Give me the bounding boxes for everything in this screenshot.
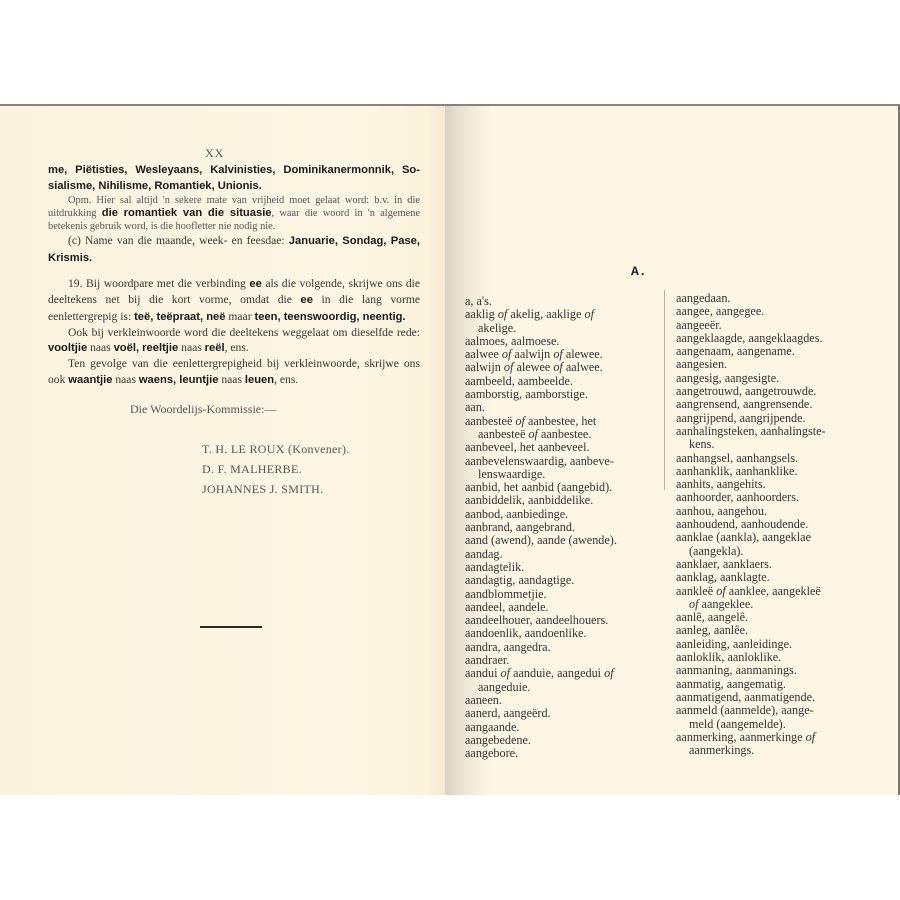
word-entry: aangrijpend, aangrijpende.	[676, 412, 862, 425]
bold-term: reël	[205, 342, 225, 354]
word-entry: aaneen.	[465, 694, 663, 707]
word-entry: aanleiding, aanleidinge.	[676, 638, 862, 651]
word-entry: aaklig of akelig, aaklige ofakelige.	[465, 308, 663, 335]
word-entry: aalmoes, aalmoese.	[465, 335, 663, 348]
committee-signers: T. H. LE ROUX (Konvener). D. F. MALHERBE…	[202, 439, 350, 499]
entry-text: aanmatig, aangematig.	[676, 677, 786, 691]
section-letter-heading: A.	[631, 264, 647, 279]
entry-text: aangesien.	[676, 357, 727, 371]
text-run: (c) Name van die maande, week- en feesda…	[68, 234, 289, 247]
word-entry: aandagtelik.	[465, 561, 663, 574]
word-entry: aanhoorder, aanhoorders.	[676, 491, 862, 504]
word-entry: aanmaning, aanmanings.	[676, 664, 862, 677]
entry-continuation: of aangeklee.	[676, 598, 862, 611]
word-entry: aanklag, aanklagte.	[676, 571, 862, 584]
entry-text: aangee, aangegee.	[676, 304, 764, 318]
paragraph: Opm. Hier sal altijd 'n sekere mate van …	[48, 195, 420, 234]
text-run: naas	[178, 341, 204, 354]
word-entry: aanbesteë of aanbestee, hetaanbesteë of …	[465, 415, 663, 442]
signer: JOHANNES J. SMITH.	[202, 479, 350, 499]
text-run: , ens.	[274, 373, 298, 386]
entry-text: aandraer.	[465, 653, 509, 667]
entry-text: aankleë of aanklee, aangekleë	[676, 584, 821, 598]
word-entry: aanmatigend, aanmatigende.	[676, 691, 862, 704]
entry-text: aanleg, aanlêe.	[676, 623, 748, 637]
word-entry: aanhangsel, aanhangsels.	[676, 452, 862, 465]
entry-continuation: meld (aangemelde).	[676, 718, 862, 731]
entry-text: aamborstig, aamborstige.	[465, 387, 588, 401]
bold-term: teë, teëpraat, neë	[134, 311, 225, 323]
entry-text: aangaande.	[465, 720, 519, 734]
word-list-column-1: a, a's.aaklig of akelig, aaklige ofakeli…	[465, 295, 663, 760]
entry-text: aanmeld (aanmelde), aange-	[676, 703, 814, 717]
bold-term: vooltjie	[48, 342, 87, 354]
bold-term: ee	[300, 294, 312, 306]
page-number: XX	[205, 146, 224, 161]
text-run: naas	[87, 341, 113, 354]
book-spread: XX me, Piëtisties, Wesleyaans, Kalvinist…	[0, 104, 900, 795]
word-entry: aandblommetjie.	[465, 588, 663, 601]
text-run: maar	[226, 310, 255, 323]
entry-text: aangedaan.	[676, 291, 730, 305]
paragraph: me, Piëtisties, Wesleyaans, Kalvinisties…	[48, 162, 420, 195]
entry-text: aambeeld, aambeelde.	[465, 374, 573, 388]
entry-text: aandagtelik.	[465, 560, 524, 574]
word-entry: aanerd, aangeërd.	[465, 707, 663, 720]
entry-text: aalwijn of alewee of aalwee.	[465, 360, 603, 374]
word-entry: aangesien.	[676, 358, 862, 371]
word-entry: aandagtig, aandagtige.	[465, 574, 663, 587]
left-page: XX me, Piëtisties, Wesleyaans, Kalvinist…	[0, 106, 445, 795]
word-entry: aandoenlik, aandoenlike.	[465, 627, 663, 640]
entry-text: aangeeër.	[676, 318, 722, 332]
word-entry: aanbeveel, het aanbeveel.	[465, 441, 663, 454]
word-entry: aanleg, aanlêe.	[676, 624, 862, 637]
entry-text: aanloklik, aanloklike.	[676, 650, 781, 664]
word-entry: aangeeër.	[676, 319, 862, 332]
word-entry: aangesig, aangesigte.	[676, 372, 862, 385]
word-entry: aangrensend, aangrensende.	[676, 398, 862, 411]
entry-continuation: aanmerkings.	[676, 744, 862, 757]
bold-term: leuen	[245, 374, 274, 386]
word-entry: aangetrouwd, aangetrouwde.	[676, 385, 862, 398]
word-entry: aandraer.	[465, 654, 663, 667]
word-entry: aangebedene.	[465, 734, 663, 747]
entry-continuation: kens.	[676, 438, 862, 451]
entry-text: aanbesteë of aanbestee, het	[465, 414, 596, 428]
paragraph: Ten gevolge van die eenlettergrepigheid …	[48, 356, 420, 388]
text-run: naas	[218, 373, 244, 386]
entry-text: aangeklaagde, aangeklaagdes.	[676, 331, 823, 345]
entry-text: aangenaam, aangename.	[676, 344, 795, 358]
entry-text: aanerd, aangeërd.	[465, 706, 551, 720]
word-entry: aanbiddelik, aanbiddelike.	[465, 494, 663, 507]
word-entry: aangebore.	[465, 747, 663, 760]
bold-term: waens, leuntjie	[139, 374, 219, 386]
bold-term: teen, teens­woordig, neentig.	[254, 311, 405, 323]
entry-text: aangrijpend, aangrijpende.	[676, 411, 806, 425]
entry-text: aaklig of akelig, aaklige of	[465, 307, 594, 321]
word-entry: aanmatig, aangematig.	[676, 678, 862, 691]
entry-text: aanhoudend, aanhoudende.	[676, 517, 808, 531]
paragraph-gap	[48, 266, 420, 276]
entry-text: aandoenlik, aandoenlike.	[465, 626, 587, 640]
entry-text: a, a's.	[465, 294, 492, 308]
left-page-body: me, Piëtisties, Wesleyaans, Kalvinisties…	[48, 162, 420, 388]
word-list-column-2: aangedaan.aangee, aangegee.aangeeër.aang…	[676, 292, 862, 757]
word-entry: aalwijn of alewee of aalwee.	[465, 361, 663, 374]
word-entry: aan.	[465, 401, 663, 414]
word-entry: aangenaam, aangename.	[676, 345, 862, 358]
word-entry: aangee, aangegee.	[676, 305, 862, 318]
entry-text: aanbeveel, het aanbeveel.	[465, 440, 590, 454]
word-entry: aanloklik, aanloklike.	[676, 651, 862, 664]
word-entry: aanbevelenswaardig, aanbeve-lenswaardige…	[465, 455, 663, 482]
entry-text: aangrensend, aangrensende.	[676, 397, 812, 411]
bold-term: voël, reeltjie	[114, 342, 179, 354]
entry-continuation: aanbesteë of aanbestee.	[465, 428, 663, 441]
word-entry: a, a's.	[465, 295, 663, 308]
entry-text: aanbrand, aangebrand.	[465, 520, 575, 534]
word-entry: aandra, aangedra.	[465, 641, 663, 654]
right-page: A. a, a's.aaklig of akelig, aaklige ofak…	[445, 106, 900, 795]
word-entry: aandeelhouer, aandeelhouers.	[465, 614, 663, 627]
word-entry: aanhits, aangehits.	[676, 478, 862, 491]
word-entry: aamborstig, aamborstige.	[465, 388, 663, 401]
word-entry: aanklaer, aanklaers.	[676, 558, 862, 571]
word-entry: aandeel, aandele.	[465, 601, 663, 614]
word-entry: aangedaan.	[676, 292, 862, 305]
entry-text: aanmerking, aanmerkinge of	[676, 730, 815, 744]
bold-term: waantjie	[68, 374, 112, 386]
word-entry: aankleë of aanklee, aangekleëof aangekle…	[676, 585, 862, 612]
entry-text: aanleiding, aanleidinge.	[676, 637, 792, 651]
entry-text: aandui of aanduie, aangedui of	[465, 666, 614, 680]
word-entry: aandag.	[465, 548, 663, 561]
entry-text: aanklag, aanklagte.	[676, 570, 770, 584]
word-entry: aanhanklik, aanhanklike.	[676, 465, 862, 478]
entry-text: aanhou, aangehou.	[676, 504, 767, 518]
word-entry: aangeklaagde, aangeklaagdes.	[676, 332, 862, 345]
word-entry: aandui of aanduie, aangedui ofaangeduie.	[465, 667, 663, 694]
entry-text: aandeelhouer, aandeelhouers.	[465, 613, 608, 627]
entry-text: aan.	[465, 400, 485, 414]
entry-text: aangetrouwd, aangetrouwde.	[676, 384, 816, 398]
signer: D. F. MALHERBE.	[202, 459, 350, 479]
entry-text: aanlê, aangelê.	[676, 610, 748, 624]
paragraph: (c) Name van die maande, week- en feesda…	[48, 233, 420, 266]
signer: T. H. LE ROUX (Konvener).	[202, 439, 350, 459]
text-run: Ook bij verkleinwoorde word die deelteke…	[68, 326, 420, 339]
bold-term: me, Piëtisties, Wesleyaans, Kalvinisties…	[48, 164, 420, 192]
entry-text: aaneen.	[465, 693, 502, 707]
entry-text: aanhanklik, aanhanklike.	[676, 464, 798, 478]
entry-text: aalmoes, aalmoese.	[465, 334, 559, 348]
word-entry: aanbid, het aanbid (aangebid).	[465, 481, 663, 494]
entry-text: aandblommetjie.	[465, 587, 547, 601]
end-rule-divider	[200, 626, 262, 628]
entry-continuation: (aangekla).	[676, 545, 862, 558]
entry-text: aalwee of aalwijn of alewee.	[465, 347, 603, 361]
word-entry: aand (awend), aande (awende).	[465, 534, 663, 547]
entry-text: aandra, aangedra.	[465, 640, 551, 654]
bold-term: die romantiek van die situasie	[102, 207, 272, 219]
entry-text: aand (awend), aande (awende).	[465, 533, 617, 547]
entry-text: aangebore.	[465, 746, 518, 760]
committee-title: Die Woordelijs-Kommissie:—	[130, 402, 276, 417]
entry-continuation: lenswaardige.	[465, 468, 663, 481]
entry-text: aanbod, aanbiedinge.	[465, 507, 568, 521]
word-entry: aambeeld, aambeelde.	[465, 375, 663, 388]
text-run: naas	[112, 373, 138, 386]
entry-text: aangesig, aangesigte.	[676, 371, 779, 385]
entry-text: aanmatigend, aanmatigende.	[676, 690, 815, 704]
entry-text: aanbiddelik, aanbiddelike.	[465, 493, 593, 507]
entry-text: aangebedene.	[465, 733, 531, 747]
entry-text: aanklae (aankla), aangeklae	[676, 530, 811, 544]
entry-text: aanhits, aangehits.	[676, 477, 766, 491]
bold-term: ee	[249, 278, 261, 290]
text-run: , ens.	[225, 341, 249, 354]
word-entry: aanhoudend, aanhoudende.	[676, 518, 862, 531]
word-entry: aanmeld (aanmelde), aange-meld (aangemel…	[676, 704, 862, 731]
entry-text: aanhangsel, aanhangsels.	[676, 451, 798, 465]
word-entry: aanhou, aangehou.	[676, 505, 862, 518]
word-entry: aalwee of aalwijn of alewee.	[465, 348, 663, 361]
text-run: 19. Bij woordpare met die verbinding	[68, 277, 249, 290]
entry-text: aanbevelenswaardig, aanbeve-	[465, 454, 614, 468]
word-entry: aanklae (aankla), aangeklae(aangekla).	[676, 531, 862, 558]
paragraph: Ook bij verkleinwoorde word die deelteke…	[48, 325, 420, 357]
entry-text: aanklaer, aanklaers.	[676, 557, 772, 571]
word-entry: aanbrand, aangebrand.	[465, 521, 663, 534]
word-entry: aanbod, aanbiedinge.	[465, 508, 663, 521]
entry-text: aanmaning, aanmanings.	[676, 663, 797, 677]
paragraph: 19. Bij woordpare met die verbinding ee …	[48, 276, 420, 325]
word-entry: aanmerking, aanmerkinge ofaanmerkings.	[676, 731, 862, 758]
word-entry: aanlê, aangelê.	[676, 611, 862, 624]
entry-text: aandeel, aandele.	[465, 600, 549, 614]
entry-continuation: aangeduie.	[465, 681, 663, 694]
entry-text: aandag.	[465, 547, 503, 561]
entry-text: aanbid, het aanbid (aangebid).	[465, 480, 612, 494]
entry-continuation: akelige.	[465, 322, 663, 335]
word-entry: aangaande.	[465, 721, 663, 734]
entry-text: aanhalingsteken, aanhalingste-	[676, 424, 826, 438]
column-divider	[664, 290, 665, 490]
entry-text: aanhoorder, aanhoorders.	[676, 490, 799, 504]
entry-text: aandagtig, aandagtige.	[465, 573, 574, 587]
word-entry: aanhalingsteken, aanhalingste-kens.	[676, 425, 862, 452]
